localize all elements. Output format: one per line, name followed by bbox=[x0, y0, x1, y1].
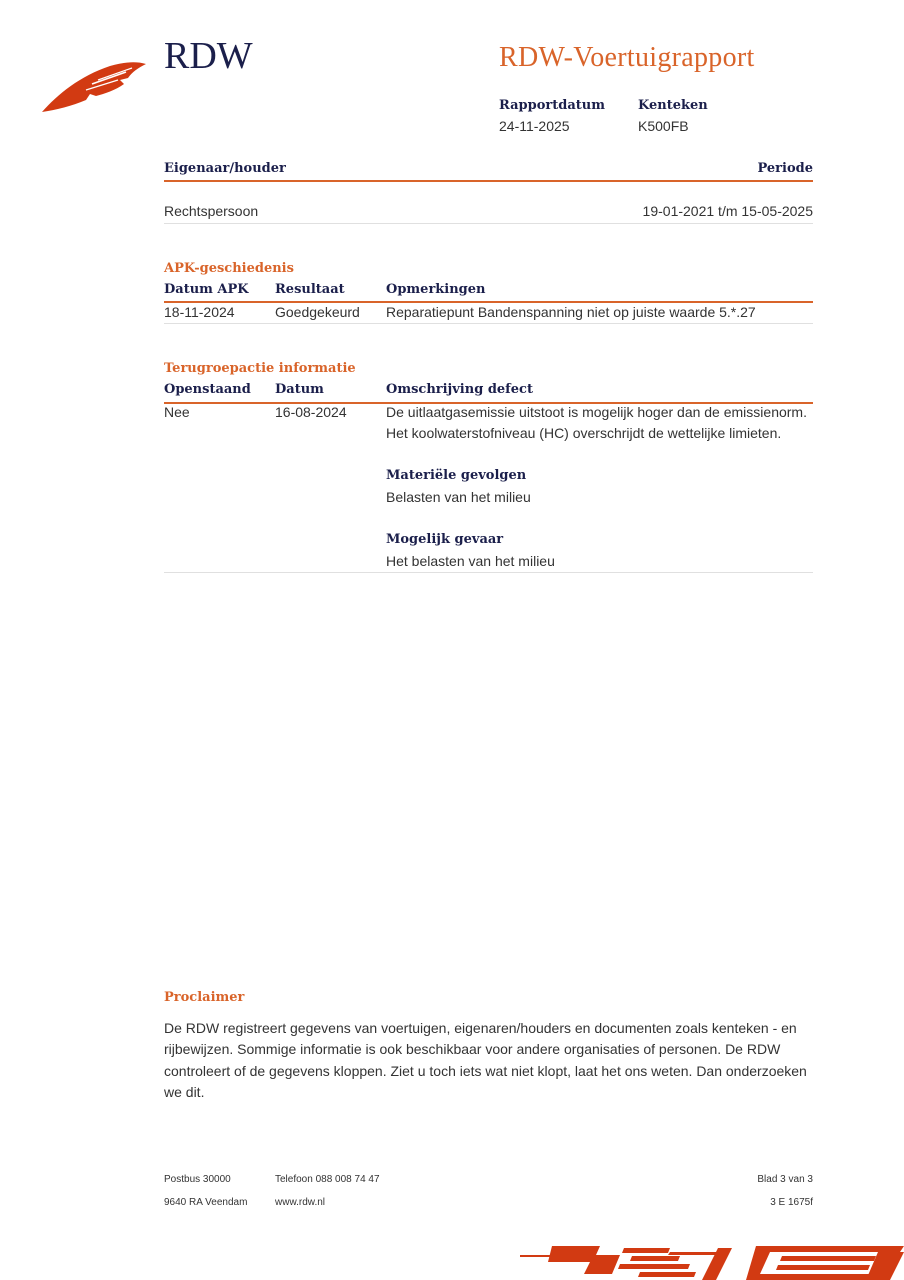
report-title: RDW-Voertuigrapport bbox=[499, 42, 755, 74]
apk-date-column-header: Datum APK bbox=[164, 282, 249, 297]
report-date-value: 24-11-2025 bbox=[499, 118, 570, 134]
recall-section-title: Terugroepactie informatie bbox=[164, 361, 356, 376]
plate-label: Kenteken bbox=[638, 98, 708, 113]
possible-danger-label: Mogelijk gevaar bbox=[386, 532, 503, 547]
rdw-feather-logo-icon bbox=[40, 58, 150, 114]
rdw-stripes-decoration-icon bbox=[520, 1244, 904, 1280]
rdw-logo-text: RDW bbox=[164, 34, 253, 78]
report-date-label: Rapportdatum bbox=[499, 98, 605, 113]
footer-address-line1: Postbus 30000 bbox=[164, 1174, 231, 1185]
recall-date-value: 16-08-2024 bbox=[275, 404, 347, 420]
row-divider bbox=[164, 223, 813, 224]
apk-remarks-column-header: Opmerkingen bbox=[386, 282, 486, 297]
recall-open-column-header: Openstaand bbox=[164, 382, 251, 397]
recall-description-line-1: De uitlaatgasemissie uitstoot is mogelij… bbox=[386, 404, 807, 420]
apk-result-column-header: Resultaat bbox=[275, 282, 345, 297]
footer-page-number: Blad 3 van 3 bbox=[757, 1174, 813, 1185]
apk-header-divider bbox=[164, 301, 813, 303]
row-divider bbox=[164, 323, 813, 324]
possible-danger-value: Het belasten van het milieu bbox=[386, 553, 555, 569]
owner-column-header: Eigenaar/houder bbox=[164, 161, 286, 176]
recall-description-column-header: Omschrijving defect bbox=[386, 382, 533, 397]
apk-section-title: APK-geschiedenis bbox=[164, 261, 294, 276]
material-consequences-label: Materiële gevolgen bbox=[386, 468, 526, 483]
apk-remarks-value: Reparatiepunt Bandenspanning niet op jui… bbox=[386, 304, 756, 320]
apk-date-value: 18-11-2024 bbox=[164, 304, 235, 320]
material-consequences-value: Belasten van het milieu bbox=[386, 489, 531, 505]
owner-value: Rechtspersoon bbox=[164, 203, 258, 219]
owner-header-divider bbox=[164, 180, 813, 182]
footer-website-link[interactable]: www.rdw.nl bbox=[275, 1197, 325, 1208]
apk-result-value: Goedgekeurd bbox=[275, 304, 360, 320]
plate-value: K500FB bbox=[638, 118, 689, 134]
recall-date-column-header: Datum bbox=[275, 382, 324, 397]
footer-address-line2: 9640 RA Veendam bbox=[164, 1197, 247, 1208]
recall-description-line-2: Het koolwaterstofniveau (HC) overschrijd… bbox=[386, 425, 781, 441]
period-value: 19-01-2021 t/m 15-05-2025 bbox=[643, 203, 813, 219]
period-column-header: Periode bbox=[757, 161, 813, 176]
recall-open-value: Nee bbox=[164, 404, 190, 420]
row-divider bbox=[164, 572, 813, 573]
proclaimer-text: De RDW registreert gegevens van voertuig… bbox=[164, 1018, 814, 1103]
footer-document-code: 3 E 1675f bbox=[770, 1197, 813, 1208]
footer-phone: Telefoon 088 008 74 47 bbox=[275, 1174, 380, 1185]
proclaimer-title: Proclaimer bbox=[164, 990, 244, 1005]
